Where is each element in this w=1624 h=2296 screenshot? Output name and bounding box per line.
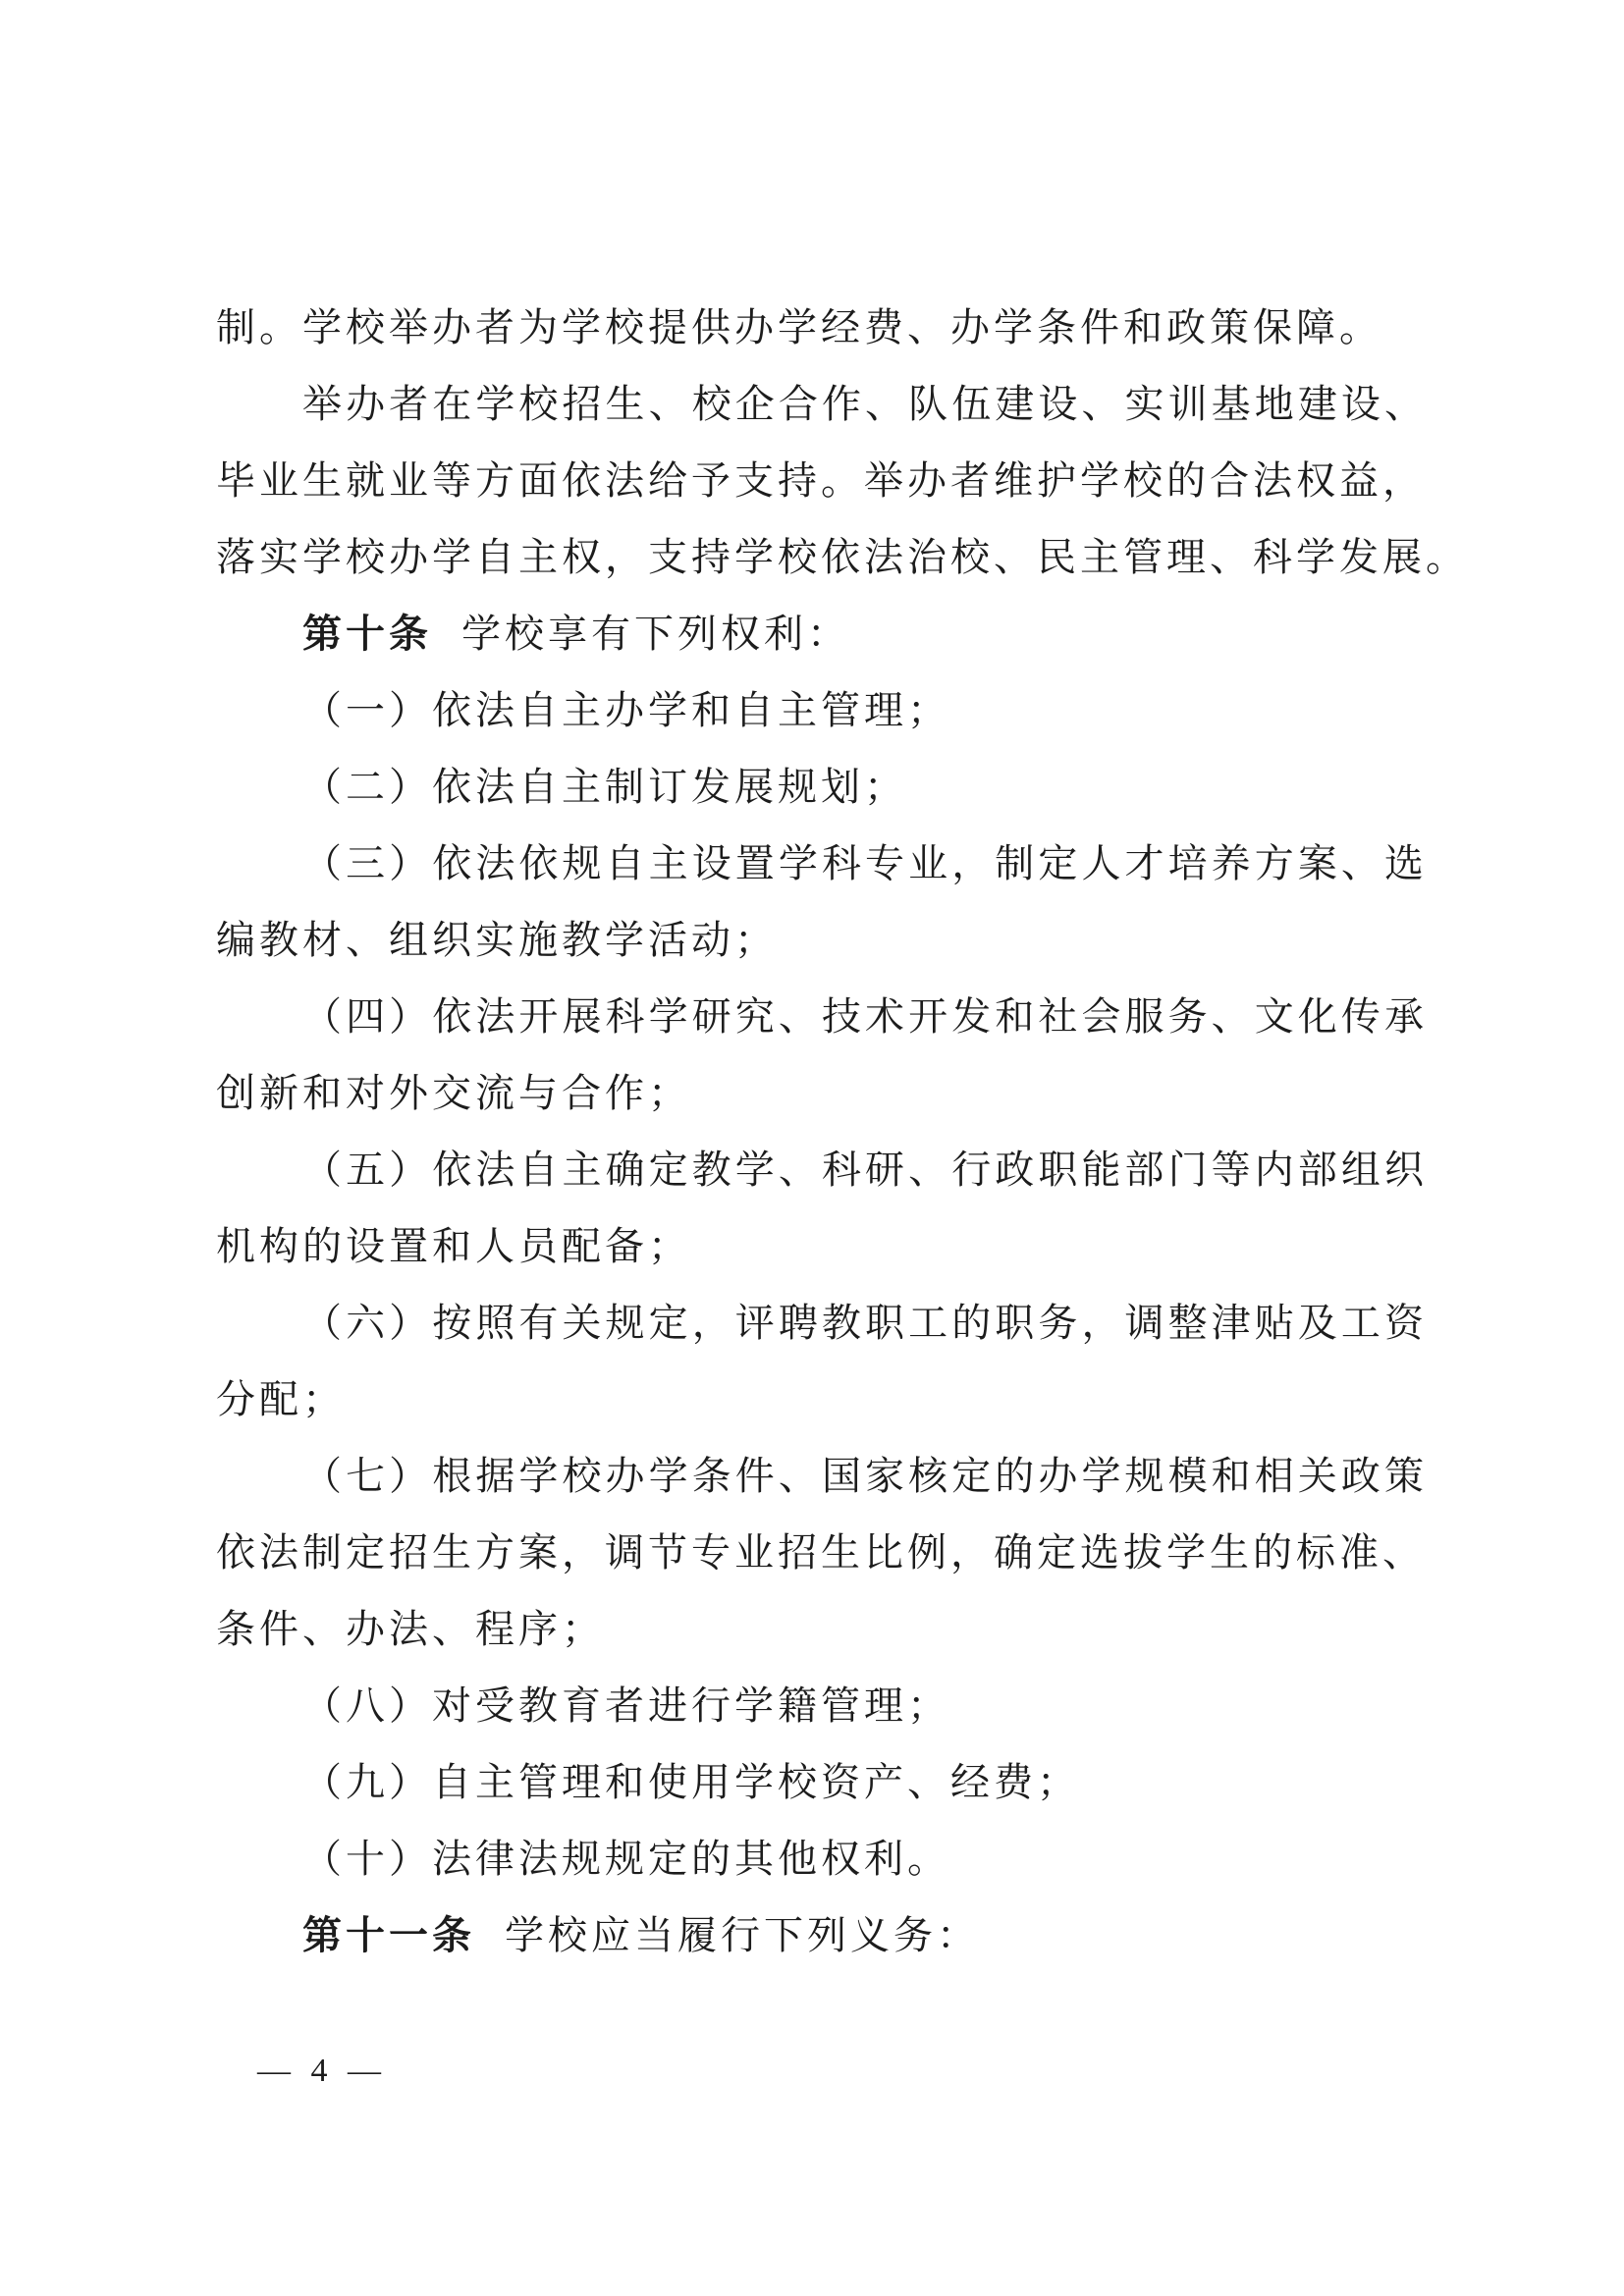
body-line: 举办者在学校招生、校企合作、队伍建设、实训基地建设、: [216, 366, 1428, 443]
line-text: 学校应当履行下列义务：: [505, 1913, 980, 1957]
line-text: （六）按照有关规定，评聘教职工的职务，调整津贴及工资: [302, 1301, 1428, 1345]
page-number: — 4 —: [257, 2052, 387, 2091]
line-text: 编教材、组织实施教学活动；: [216, 918, 778, 962]
line-text: 毕业生就业等方面依法给予支持。举办者维护学校的合法权益，: [216, 458, 1426, 503]
line-text: 学校享有下列权利：: [461, 612, 850, 656]
body-line: 机构的设置和人员配备；: [216, 1208, 1428, 1285]
document-body: 制。学校举办者为学校提供办学经费、办学条件和政策保障。 举办者在学校招生、校企合…: [216, 290, 1428, 1974]
line-text: （九）自主管理和使用学校资产、经费；: [302, 1760, 1080, 1804]
article-line: 第十条学校享有下列权利：: [216, 596, 1428, 672]
body-line: 依法制定招生方案，调节专业招生比例，确定选拔学生的标准、: [216, 1515, 1428, 1591]
body-line: （四）依法开展科学研究、技术开发和社会服务、文化传承: [216, 979, 1428, 1055]
article-number: 第十条: [302, 612, 432, 656]
line-text: 制。学校举办者为学校提供办学经费、办学条件和政策保障。: [216, 305, 1382, 349]
body-line: 创新和对外交流与合作；: [216, 1055, 1428, 1132]
line-text: 落实学校办学自主权，支持学校依法治校、民主管理、科学发展。: [216, 535, 1469, 579]
line-text: （四）依法开展科学研究、技术开发和社会服务、文化传承: [302, 994, 1428, 1039]
body-line: 落实学校办学自主权，支持学校依法治校、民主管理、科学发展。: [216, 519, 1428, 596]
body-line: 分配；: [216, 1362, 1428, 1438]
article-line: 第十一条学校应当履行下列义务：: [216, 1897, 1428, 1974]
body-line: （五）依法自主确定教学、科研、行政职能部门等内部组织: [216, 1132, 1428, 1208]
document-page: 制。学校举办者为学校提供办学经费、办学条件和政策保障。 举办者在学校招生、校企合…: [0, 0, 1624, 2296]
body-line: （二）依法自主制订发展规划；: [216, 749, 1428, 826]
body-line: （十）法律法规规定的其他权利。: [216, 1821, 1428, 1897]
line-text: 创新和对外交流与合作；: [216, 1071, 691, 1115]
body-line: （九）自主管理和使用学校资产、经费；: [216, 1744, 1428, 1821]
body-line: （八）对受教育者进行学籍管理；: [216, 1668, 1428, 1744]
body-line: 编教材、组织实施教学活动；: [216, 902, 1428, 979]
line-text: （五）依法自主确定教学、科研、行政职能部门等内部组织: [302, 1148, 1428, 1192]
line-text: （十）法律法规规定的其他权利。: [302, 1837, 950, 1881]
body-line: 条件、办法、程序；: [216, 1591, 1428, 1668]
line-text: （一）依法自主办学和自主管理；: [302, 688, 950, 732]
line-text: 分配；: [216, 1377, 346, 1421]
body-line: （六）按照有关规定，评聘教职工的职务，调整津贴及工资: [216, 1285, 1428, 1362]
line-text: （七）根据学校办学条件、国家核定的办学规模和相关政策: [302, 1454, 1428, 1498]
line-text: 依法制定招生方案，调节专业招生比例，确定选拔学生的标准、: [216, 1530, 1426, 1575]
body-line: （一）依法自主办学和自主管理；: [216, 672, 1428, 749]
body-line: 制。学校举办者为学校提供办学经费、办学条件和政策保障。: [216, 290, 1428, 366]
line-text: 机构的设置和人员配备；: [216, 1224, 691, 1268]
line-text: （八）对受教育者进行学籍管理；: [302, 1683, 950, 1728]
body-line: （三）依法依规自主设置学科专业，制定人才培养方案、选: [216, 826, 1428, 902]
line-text: （三）依法依规自主设置学科专业，制定人才培养方案、选: [302, 841, 1428, 885]
line-text: 条件、办法、程序；: [216, 1607, 605, 1651]
line-text: 举办者在学校招生、校企合作、队伍建设、实训基地建设、: [302, 382, 1428, 426]
body-line: 毕业生就业等方面依法给予支持。举办者维护学校的合法权益，: [216, 443, 1428, 519]
line-text: （二）依法自主制订发展规划；: [302, 765, 907, 809]
article-number: 第十一条: [302, 1913, 475, 1957]
body-line: （七）根据学校办学条件、国家核定的办学规模和相关政策: [216, 1438, 1428, 1515]
